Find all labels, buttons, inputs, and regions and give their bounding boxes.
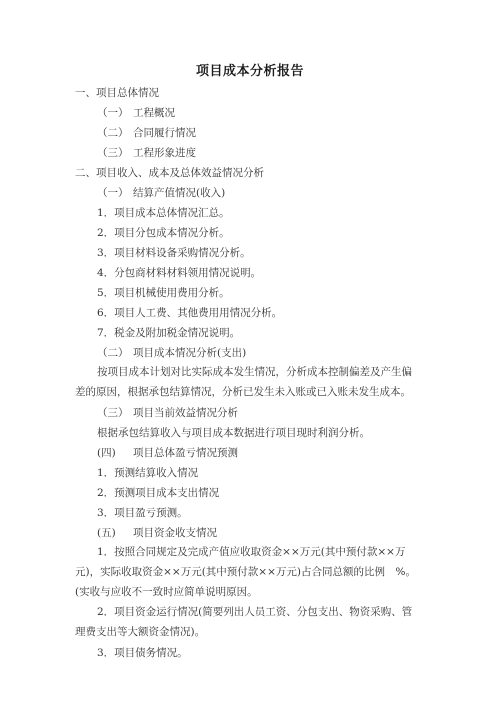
list-item: 2．项目分包成本情况分析。 bbox=[97, 226, 230, 240]
list-item: 3．项目材料设备采购情况分析。 bbox=[97, 246, 251, 260]
item-text: 项目当前效益情况分析 bbox=[133, 407, 238, 419]
list-item: 1．预测结算收入情况 bbox=[97, 466, 198, 480]
list-item: 7．税金及附加税金情况说明。 bbox=[97, 326, 240, 340]
list-item: （三）工程形象进度 bbox=[97, 146, 196, 160]
item-marker: （二） bbox=[97, 346, 133, 360]
list-item: 1．项目成本总体情况汇总。 bbox=[97, 206, 230, 220]
item-text: 工程概况 bbox=[133, 107, 175, 119]
list-item: （二）合同履行情况 bbox=[97, 126, 196, 140]
item-text: 工程形象进度 bbox=[133, 147, 196, 159]
subsection-heading: （三）项目当前效益情况分析 bbox=[97, 406, 238, 420]
document-page: 项目成本分析报告 一、项目总体情况 （一）工程概况 （二）合同履行情况 （三）工… bbox=[0, 0, 500, 707]
list-item: 2．预测项目成本支出情况 bbox=[97, 486, 219, 500]
item-text: 项目总体盈亏情况预测 bbox=[133, 447, 238, 459]
document-title: 项目成本分析报告 bbox=[0, 60, 500, 79]
list-item: （一）工程概况 bbox=[97, 106, 175, 120]
item-marker: （二） bbox=[97, 126, 133, 140]
item-marker: （三） bbox=[97, 146, 133, 160]
paragraph: 3．项目债务情况。 bbox=[97, 646, 188, 660]
item-marker: (五) bbox=[97, 526, 133, 540]
paragraph: 根据承包结算收入与项目成本数据进行项目现时利润分析。 bbox=[97, 426, 370, 440]
item-marker: （一） bbox=[97, 106, 133, 120]
paragraph: 按项目成本计划对比实际成本发生情况，分析成本控制偏差及产生偏差的原因，根据承包结… bbox=[75, 362, 420, 402]
list-item: 5．项目机械使用费用分析。 bbox=[97, 286, 230, 300]
item-marker: （三） bbox=[97, 406, 133, 420]
paragraph: 2．项目资金运行情况(简要列出人员工资、分包支出、物资采购、管理费支出等大额资金… bbox=[75, 602, 420, 642]
subsection-heading: (四)项目总体盈亏情况预测 bbox=[97, 446, 238, 460]
item-text: 结算产值情况(收入) bbox=[133, 187, 225, 199]
item-text: 合同履行情况 bbox=[133, 127, 196, 139]
paragraph: 1．按照合同规定及完成产值应收取资金××万元(其中预付款××万元)，实际收取资金… bbox=[75, 542, 420, 602]
list-item: 4．分包商材料材料领用情况说明。 bbox=[97, 266, 261, 280]
item-marker: （一） bbox=[97, 186, 133, 200]
section-heading-2: 二、项目收入、成本及总体效益情况分析 bbox=[75, 166, 264, 180]
item-text: 项目资金收支情况 bbox=[133, 527, 217, 539]
list-item: 6．项目人工费、其他费用用情况分析。 bbox=[97, 306, 282, 320]
item-text: 项目成本情况分析(支出) bbox=[133, 347, 246, 359]
list-item: 3．项目盈亏预测。 bbox=[97, 506, 188, 520]
subsection-heading: (五)项目资金收支情况 bbox=[97, 526, 217, 540]
section-heading-1: 一、项目总体情况 bbox=[75, 86, 159, 100]
item-marker: (四) bbox=[97, 446, 133, 460]
subsection-heading: （二）项目成本情况分析(支出) bbox=[97, 346, 246, 360]
subsection-heading: （一）结算产值情况(收入) bbox=[97, 186, 225, 200]
